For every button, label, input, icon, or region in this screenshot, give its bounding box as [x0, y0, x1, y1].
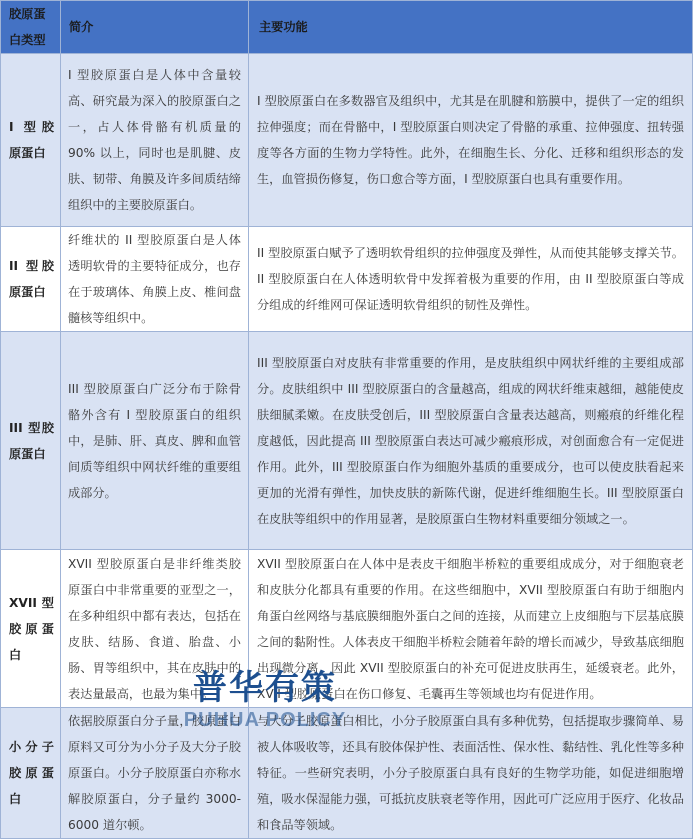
- function-cell: III 型胶原蛋白对皮肤有非常重要的作用，是皮肤组织中网状纤维的主要组成部分。皮…: [249, 332, 693, 550]
- table-row: III 型胶原蛋白 III 型胶原蛋白广泛分布于除骨骼外含有 I 型胶原蛋白的组…: [1, 332, 693, 550]
- intro-cell: 依据胶原蛋白分子量，胶原蛋白原料又可分为小分子及大分子胶原蛋白。小分子胶原蛋白亦…: [61, 708, 249, 839]
- collagen-type-cell: I 型胶原蛋白: [1, 54, 61, 227]
- intro-cell: III 型胶原蛋白广泛分布于除骨骼外含有 I 型胶原蛋白的组织中，是肺、肝、真皮…: [61, 332, 249, 550]
- intro-cell: XVII 型胶原蛋白是非纤维类胶原蛋白中非常重要的亚型之一，在多种组织中都有表达…: [61, 550, 249, 708]
- function-cell: I 型胶原蛋白在多数器官及组织中，尤其是在肌腱和筋膜中，提供了一定的组织拉伸强度…: [249, 54, 693, 227]
- collagen-type-cell: II 型胶原蛋白: [1, 227, 61, 332]
- table-row: I 型胶原蛋白 I 型胶原蛋白是人体中含量较高、研究最为深入的胶原蛋白之一，占人…: [1, 54, 693, 227]
- collagen-type-cell: III 型胶原蛋白: [1, 332, 61, 550]
- function-cell: 与大分子胶原蛋白相比，小分子胶原蛋白具有多种优势，包括提取步骤简单、易被人体吸收…: [249, 708, 693, 839]
- function-cell: II 型胶原蛋白赋予了透明软骨组织的拉伸强度及弹性，从而使其能够支撑关节。II …: [249, 227, 693, 332]
- table-row: II 型胶原蛋白 纤维状的 II 型胶原蛋白是人体透明软骨的主要特征成分，也存在…: [1, 227, 693, 332]
- header-type: 胶原蛋白类型: [1, 1, 61, 54]
- function-cell: XVII 型胶原蛋白在人体中是表皮干细胞半桥粒的重要组成成分，对于细胞衰老和皮肤…: [249, 550, 693, 708]
- collagen-types-table: 胶原蛋白类型 简介 主要功能 I 型胶原蛋白 I 型胶原蛋白是人体中含量较高、研…: [0, 0, 693, 839]
- table-row: XVII 型胶原蛋白 XVII 型胶原蛋白是非纤维类胶原蛋白中非常重要的亚型之一…: [1, 550, 693, 708]
- table-row: 小分子胶原蛋白 依据胶原蛋白分子量，胶原蛋白原料又可分为小分子及大分子胶原蛋白。…: [1, 708, 693, 839]
- intro-cell: I 型胶原蛋白是人体中含量较高、研究最为深入的胶原蛋白之一，占人体骨骼有机质量的…: [61, 54, 249, 227]
- table-header-row: 胶原蛋白类型 简介 主要功能: [1, 1, 693, 54]
- intro-cell: 纤维状的 II 型胶原蛋白是人体透明软骨的主要特征成分，也存在于玻璃体、角膜上皮…: [61, 227, 249, 332]
- header-function: 主要功能: [249, 1, 693, 54]
- collagen-type-cell: 小分子胶原蛋白: [1, 708, 61, 839]
- header-intro: 简介: [61, 1, 249, 54]
- collagen-type-cell: XVII 型胶原蛋白: [1, 550, 61, 708]
